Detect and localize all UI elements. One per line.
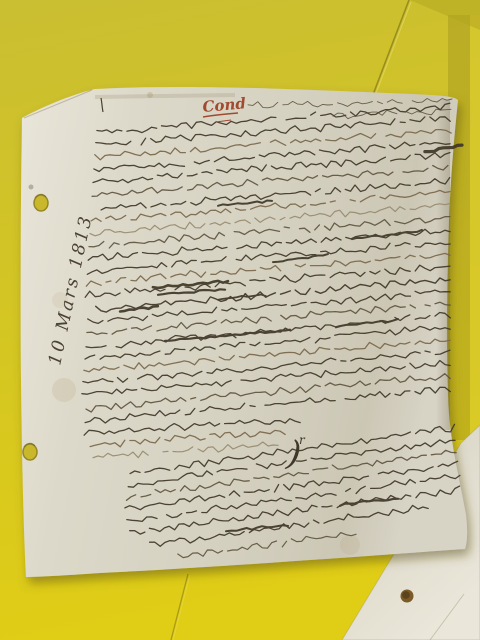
folder-edge-strip [470, 15, 480, 440]
manuscript-photo: Cond 10 Mars 1813 ) r [0, 0, 480, 640]
paper-stain [340, 535, 360, 555]
paper-stain [52, 378, 76, 402]
punch-hole-bottom [23, 443, 37, 460]
folder-shadow-band [448, 15, 470, 440]
backing-sheet-hole-center [402, 591, 410, 599]
paper-stain [147, 92, 153, 98]
header-mark-text: Cond [202, 94, 247, 116]
manuscript-photo-canvas: Cond 10 Mars 1813 ) r [0, 0, 480, 640]
